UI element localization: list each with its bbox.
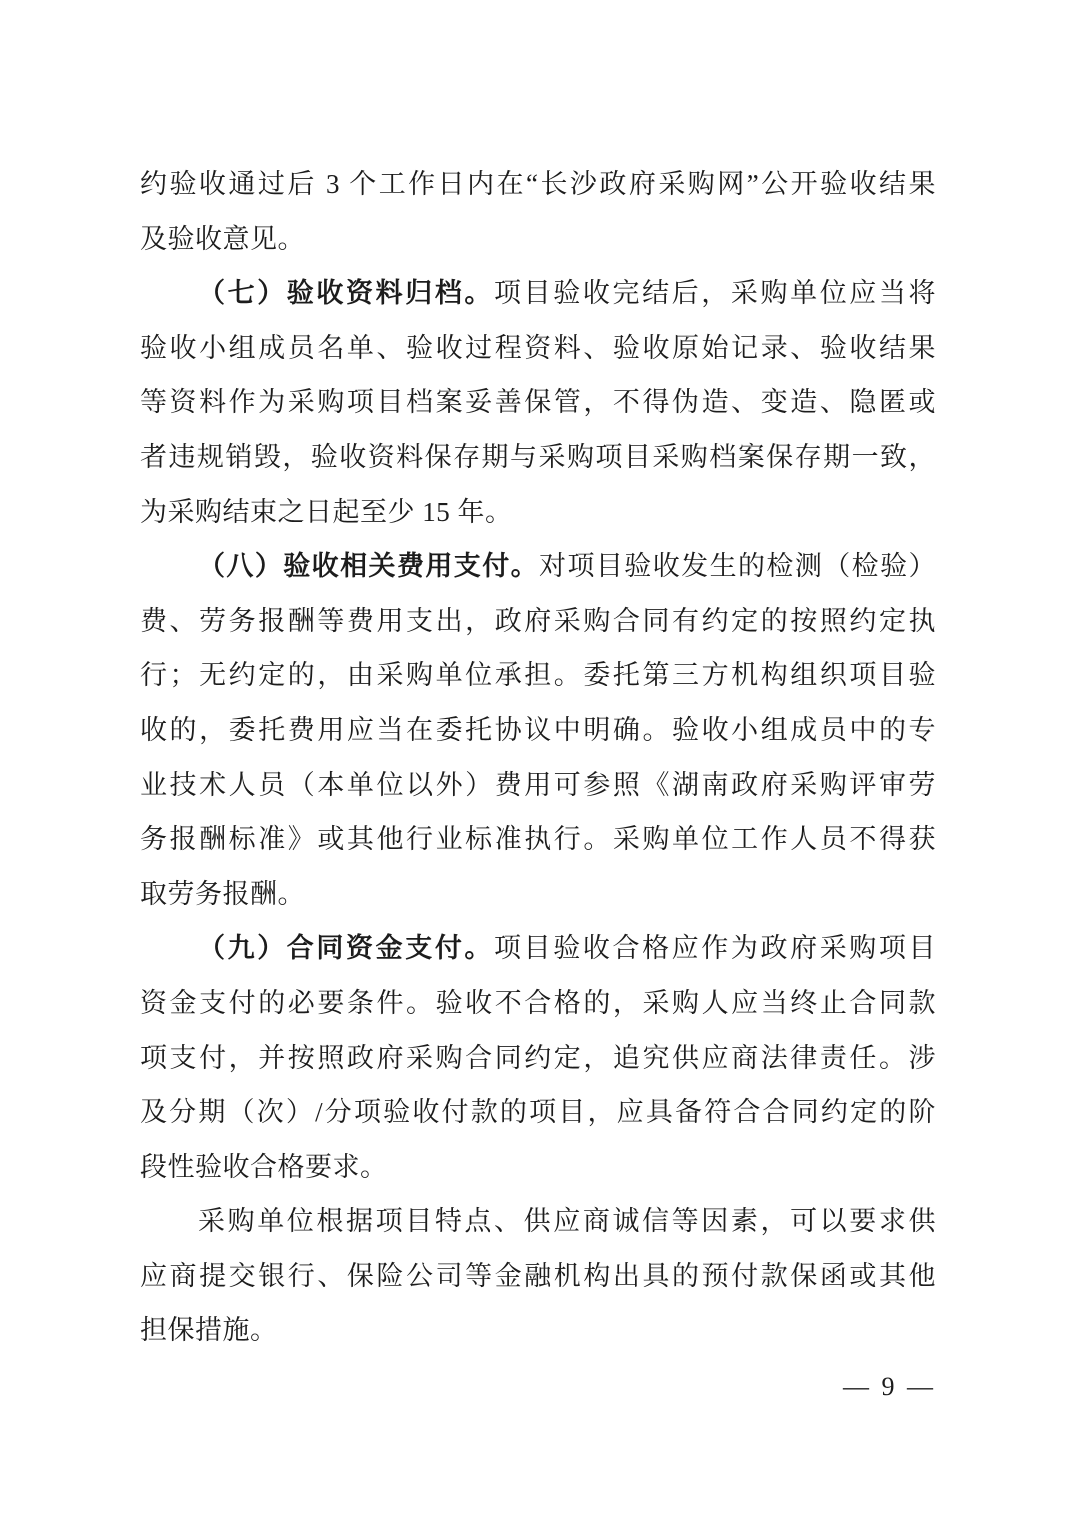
text-line: 务报酬标准》或其他行业标准执行。采购单位工作人员不得获 bbox=[140, 812, 936, 867]
page-number: — 9 — bbox=[140, 1371, 936, 1403]
text-line: 担保措施。 bbox=[140, 1303, 936, 1358]
text-line: 费、劳务报酬等费用支出，政府采购合同有约定的按照约定执 bbox=[140, 594, 936, 649]
line-text: 项目验收完结后，采购单位应当将 bbox=[494, 278, 936, 308]
text-line: 为采购结束之日起至少 15 年。 bbox=[140, 485, 936, 540]
text-line: 取劳务报酬。 bbox=[140, 867, 936, 922]
text-line: 项支付，并按照政府采购合同约定，追究供应商法律责任。涉 bbox=[140, 1031, 936, 1086]
text-line: 收的，委托费用应当在委托协议中明确。验收小组成员中的专 bbox=[140, 703, 936, 758]
text-line: （八）验收相关费用支付。对项目验收发生的检测（检验） bbox=[140, 539, 936, 594]
text-line: 及验收意见。 bbox=[140, 212, 936, 267]
text-line: （九）合同资金支付。项目验收合格应作为政府采购项目 bbox=[140, 921, 936, 976]
document-page: 约验收通过后 3 个工作日内在“长沙政府采购网”公开验收结果及验收意见。（七）验… bbox=[0, 0, 1074, 1520]
text-line: 段性验收合格要求。 bbox=[140, 1140, 936, 1195]
text-line: 约验收通过后 3 个工作日内在“长沙政府采购网”公开验收结果 bbox=[140, 157, 936, 212]
text-line: 采购单位根据项目特点、供应商诚信等因素，可以要求供 bbox=[140, 1194, 936, 1249]
line-text: 资金支付的必要条件。验收不合格的，采购人应当终止合同款 bbox=[140, 988, 936, 1018]
line-text: 担保措施。 bbox=[140, 1315, 278, 1345]
line-text: 段性验收合格要求。 bbox=[140, 1152, 388, 1182]
paragraph-lead: （九）合同资金支付。 bbox=[198, 933, 494, 963]
line-text: 及分期（次）/分项验收付款的项目，应具备符合合同约定的阶 bbox=[140, 1097, 936, 1127]
document-body: 约验收通过后 3 个工作日内在“长沙政府采购网”公开验收结果及验收意见。（七）验… bbox=[140, 157, 936, 1358]
line-text: 费、劳务报酬等费用支出，政府采购合同有约定的按照约定执 bbox=[140, 606, 936, 636]
line-text: 收的，委托费用应当在委托协议中明确。验收小组成员中的专 bbox=[140, 715, 936, 745]
paragraph-lead: （八）验收相关费用支付。 bbox=[198, 551, 539, 581]
line-text: 为采购结束之日起至少 15 年。 bbox=[140, 497, 513, 527]
text-line: 者违规销毁，验收资料保存期与采购项目采购档案保存期一致， bbox=[140, 430, 936, 485]
line-text: 者违规销毁，验收资料保存期与采购项目采购档案保存期一致， bbox=[140, 442, 936, 472]
line-text: 取劳务报酬。 bbox=[140, 879, 305, 909]
line-text: 等资料作为采购项目档案妥善保管，不得伪造、变造、隐匿或 bbox=[140, 387, 936, 417]
line-text: 应商提交银行、保险公司等金融机构出具的预付款保函或其他 bbox=[140, 1261, 936, 1291]
line-text: 对项目验收发生的检测（检验） bbox=[539, 551, 936, 581]
line-text: 验收小组成员名单、验收过程资料、验收原始记录、验收结果 bbox=[140, 333, 936, 363]
text-line: 业技术人员（本单位以外）费用可参照《湖南政府采购评审劳 bbox=[140, 758, 936, 813]
text-line: 应商提交银行、保险公司等金融机构出具的预付款保函或其他 bbox=[140, 1249, 936, 1304]
line-text: 项目验收合格应作为政府采购项目 bbox=[494, 933, 936, 963]
text-line: 等资料作为采购项目档案妥善保管，不得伪造、变造、隐匿或 bbox=[140, 375, 936, 430]
line-text: 业技术人员（本单位以外）费用可参照《湖南政府采购评审劳 bbox=[140, 770, 936, 800]
line-text: 务报酬标准》或其他行业标准执行。采购单位工作人员不得获 bbox=[140, 824, 936, 854]
text-line: 及分期（次）/分项验收付款的项目，应具备符合合同约定的阶 bbox=[140, 1085, 936, 1140]
text-line: 验收小组成员名单、验收过程资料、验收原始记录、验收结果 bbox=[140, 321, 936, 376]
line-text: 行；无约定的，由采购单位承担。委托第三方机构组织项目验 bbox=[140, 660, 936, 690]
text-line: 资金支付的必要条件。验收不合格的，采购人应当终止合同款 bbox=[140, 976, 936, 1031]
line-text: 及验收意见。 bbox=[140, 224, 305, 254]
line-text: 采购单位根据项目特点、供应商诚信等因素，可以要求供 bbox=[198, 1206, 936, 1236]
text-line: （七）验收资料归档。项目验收完结后，采购单位应当将 bbox=[140, 266, 936, 321]
paragraph-lead: （七）验收资料归档。 bbox=[198, 278, 494, 308]
line-text: 项支付，并按照政府采购合同约定，追究供应商法律责任。涉 bbox=[140, 1043, 936, 1073]
line-text: 约验收通过后 3 个工作日内在“长沙政府采购网”公开验收结果 bbox=[140, 169, 936, 199]
text-line: 行；无约定的，由采购单位承担。委托第三方机构组织项目验 bbox=[140, 648, 936, 703]
